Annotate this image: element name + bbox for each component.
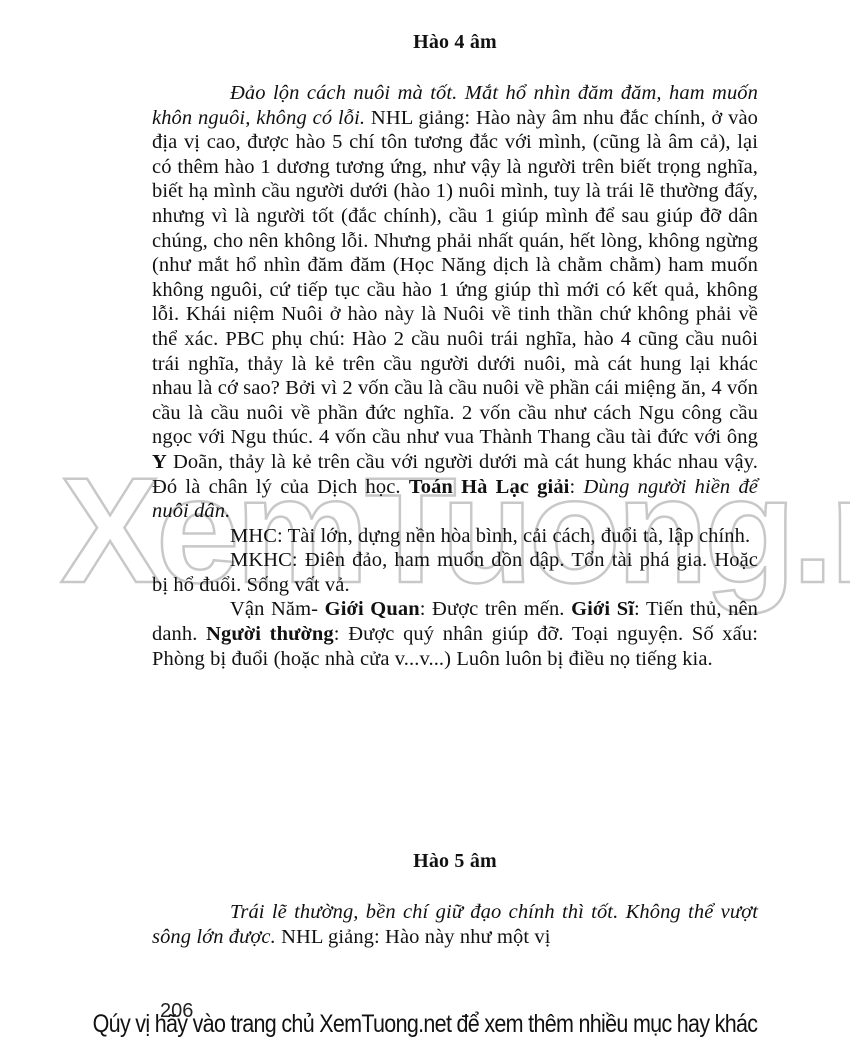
mhc-paragraph: MHC: Tài lớn, dựng nền hòa bình, cải các… (152, 524, 758, 549)
colon-text: : (569, 476, 583, 498)
toan-ha-lac-label: Toán Hà Lạc giải (409, 476, 570, 498)
commentary-paragraph: Trái lẽ thường, bền chí giữ đạo chính th… (152, 900, 758, 949)
nguoi-thuong-label: Người thường (206, 623, 334, 645)
mkhc-paragraph: MKHC: Điên đảo, ham muốn dồn dập. Tổn tà… (152, 548, 758, 597)
section-heading-hao-5: Hào 5 âm (152, 850, 758, 873)
commentary-paragraph: Đảo lộn cách nuôi mà tốt. Mắt hổ nhìn đă… (152, 81, 758, 524)
commentary-text: NHL giảng: Hào này như một vị (276, 926, 551, 948)
van-nam-prefix: Vận Năm- (230, 598, 325, 620)
gioi-quan-label: Giới Quan (325, 598, 420, 620)
gioi-quan-text: : Được trên mến. (420, 598, 571, 620)
section-heading-hao-4: Hào 4 âm (152, 31, 758, 54)
gioi-si-label: Giới Sĩ (571, 598, 634, 620)
van-nam-paragraph: Vận Năm- Giới Quan: Được trên mến. Giới … (152, 597, 758, 671)
bold-name: Y (152, 451, 167, 473)
section-body-hao-5: Trái lẽ thường, bền chí giữ đạo chính th… (152, 900, 758, 949)
commentary-text: NHL giảng: Hào này âm nhu đắc chính, ở v… (152, 107, 758, 449)
footer-banner: Qúy vị hãy vào trang chủ XemTuong.net để… (60, 1010, 791, 1039)
section-body-hao-4: Đảo lộn cách nuôi mà tốt. Mắt hổ nhìn đă… (152, 81, 758, 671)
